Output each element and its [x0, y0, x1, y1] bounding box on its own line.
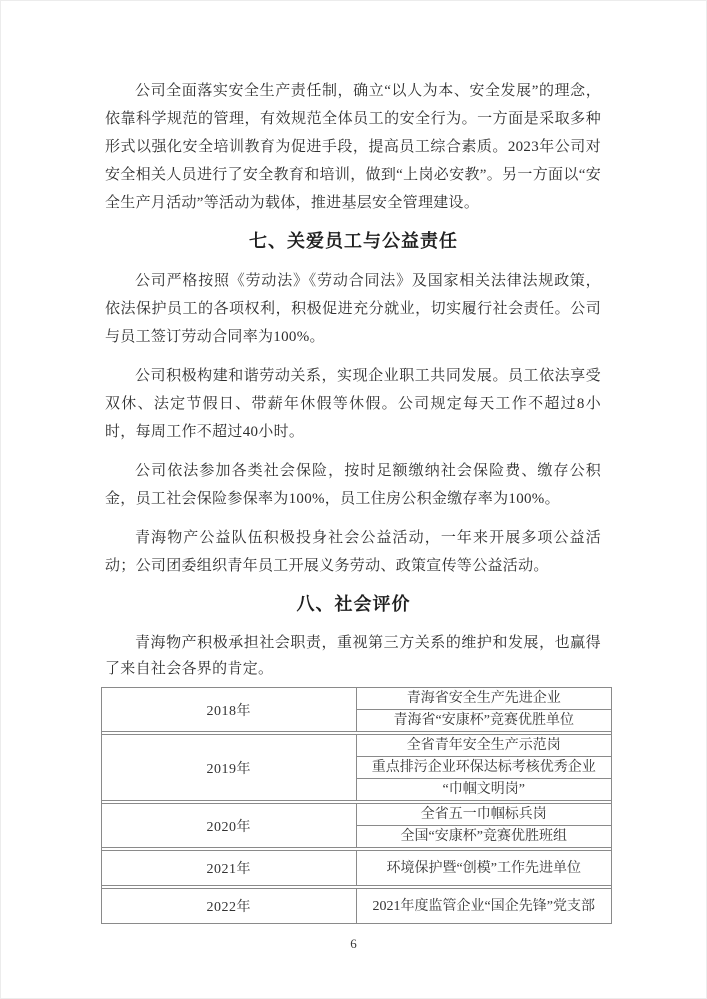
- page-number: 6: [0, 936, 707, 952]
- award-year-cell: 2021年: [102, 851, 357, 885]
- paragraph-safety-responsibility: 公司全面落实安全生产责任制，确立“以人为本、安全发展”的理念，依靠科学规范的管理…: [105, 77, 601, 217]
- award-items: 全省青年安全生产示范岗 重点排污企业环保达标考核优秀企业 “巾帼文明岗”: [357, 735, 612, 800]
- paragraph-work-hours: 公司积极构建和谐劳动关系，实现企业职工共同发展。员工依法享受双休、法定节假日、带…: [105, 362, 601, 446]
- awards-row-2020: 2020年 全省五一巾帼标兵岗 全国“安康杯”竞赛优胜班组: [102, 803, 611, 848]
- awards-row-2021: 2021年 环境保护暨“创模”工作先进单位: [102, 850, 611, 886]
- award-item: 全省五一巾帼标兵岗: [357, 804, 612, 826]
- section-8-heading: 八、社会评价: [0, 591, 707, 617]
- award-item: 青海省安全生产先进企业: [357, 688, 612, 710]
- award-items: 青海省安全生产先进企业 青海省“安康杯”竞赛优胜单位: [357, 688, 612, 731]
- document-page: 公司全面落实安全生产责任制，确立“以人为本、安全发展”的理念，依靠科学规范的管理…: [0, 0, 707, 999]
- award-year-cell: 2019年: [102, 735, 357, 800]
- award-items: 2021年度监管企业“国企先锋”党支部: [357, 889, 612, 923]
- awards-row-2018: 2018年 青海省安全生产先进企业 青海省“安康杯”竞赛优胜单位: [102, 688, 611, 732]
- awards-row-2019: 2019年 全省青年安全生产示范岗 重点排污企业环保达标考核优秀企业 “巾帼文明…: [102, 734, 611, 801]
- award-year-cell: 2020年: [102, 804, 357, 847]
- award-item: 2021年度监管企业“国企先锋”党支部: [357, 889, 612, 923]
- award-year-cell: 2022年: [102, 889, 357, 923]
- section-7-heading: 七、关爱员工与公益责任: [0, 228, 707, 254]
- award-item: 全省青年安全生产示范岗: [357, 735, 612, 757]
- page-content: 公司全面落实安全生产责任制，确立“以人为本、安全发展”的理念，依靠科学规范的管理…: [0, 0, 707, 952]
- paragraph-public-welfare: 青海物产公益队伍积极投身社会公益活动，一年来开展多项公益活动；公司团委组织青年员…: [105, 524, 601, 580]
- paragraph-social-evaluation-intro: 青海物产积极承担社会职责，重视第三方关系的维护和发展，也赢得了来自社会各界的肯定…: [105, 630, 601, 682]
- award-item: 重点排污企业环保达标考核优秀企业: [357, 757, 612, 779]
- awards-table: 2018年 青海省安全生产先进企业 青海省“安康杯”竞赛优胜单位 2019年 全…: [101, 687, 612, 924]
- awards-row-2022: 2022年 2021年度监管企业“国企先锋”党支部: [102, 888, 611, 923]
- award-item: 全国“安康杯”竞赛优胜班组: [357, 826, 612, 847]
- paragraph-social-insurance: 公司依法参加各类社会保险，按时足额缴纳社会保险费、缴存公积金，员工社会保险参保率…: [105, 457, 601, 513]
- award-item: 青海省“安康杯”竞赛优胜单位: [357, 710, 612, 731]
- award-item: 环境保护暨“创模”工作先进单位: [357, 851, 612, 885]
- award-items: 环境保护暨“创模”工作先进单位: [357, 851, 612, 885]
- award-year-cell: 2018年: [102, 688, 357, 731]
- award-item: “巾帼文明岗”: [357, 779, 612, 800]
- paragraph-labor-law: 公司严格按照《劳动法》《劳动合同法》及国家相关法律法规政策，依法保护员工的各项权…: [105, 267, 601, 351]
- award-items: 全省五一巾帼标兵岗 全国“安康杯”竞赛优胜班组: [357, 804, 612, 847]
